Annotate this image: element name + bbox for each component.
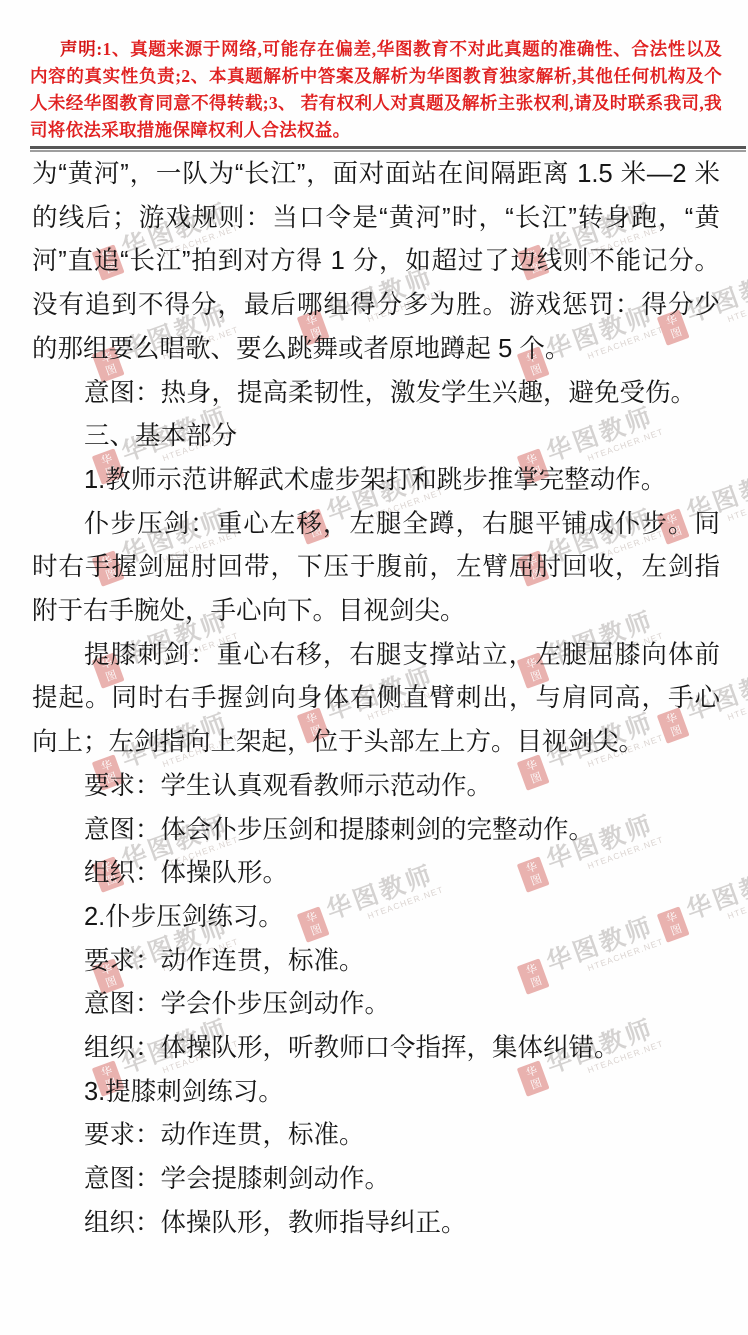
paragraph: 为“黄河”，一队为“长江”，面对面站在间隔距离 1.5 米—2 米的线后；游戏规… bbox=[32, 153, 720, 372]
paragraph: 意图：学会提膝刺剑动作。 bbox=[32, 1158, 720, 1202]
paragraph: 组织：体操队形。 bbox=[32, 852, 720, 896]
header-rule bbox=[30, 146, 746, 152]
paragraph: 组织：体操队形，教师指导纠正。 bbox=[32, 1202, 720, 1246]
paragraph: 提膝刺剑：重心右移，右腿支撑站立，左腿屈膝向体前提起。同时右手握剑向身体右侧直臂… bbox=[32, 634, 720, 765]
disclaimer: 声明:1、真题来源于网络,可能存在偏差,华图教育不对此真题的准确性、合法性以及内… bbox=[30, 36, 722, 144]
section-heading: 三、基本部分 bbox=[32, 415, 720, 459]
document-page: 华图华图教师HTEACHER.NET华图华图教师HTEACHER.NET华图华图… bbox=[0, 0, 748, 1335]
lesson-plan-body: 为“黄河”，一队为“长江”，面对面站在间隔距离 1.5 米—2 米的线后；游戏规… bbox=[32, 153, 720, 1246]
paragraph: 1.教师示范讲解武术虚步架打和跳步推掌完整动作。 bbox=[32, 459, 720, 503]
disclaimer-text: 1、真题来源于网络,可能存在偏差,华图教育不对此真题的准确性、合法性以及内容的真… bbox=[30, 39, 722, 140]
paragraph: 意图：体会仆步压剑和提膝刺剑的完整动作。 bbox=[32, 809, 720, 853]
paragraph: 仆步压剑：重心左移，左腿全蹲，右腿平铺成仆步。同时右手握剑屈肘回带，下压于腹前，… bbox=[32, 503, 720, 634]
paragraph: 组织：体操队形，听教师口令指挥，集体纠错。 bbox=[32, 1027, 720, 1071]
paragraph: 要求：学生认真观看教师示范动作。 bbox=[32, 765, 720, 809]
paragraph: 意图：热身，提高柔韧性，激发学生兴趣，避免受伤。 bbox=[32, 372, 720, 416]
paragraph: 要求：动作连贯，标准。 bbox=[32, 940, 720, 984]
paragraph: 要求：动作连贯，标准。 bbox=[32, 1114, 720, 1158]
paragraph: 2.仆步压剑练习。 bbox=[32, 896, 720, 940]
paragraph: 意图：学会仆步压剑动作。 bbox=[32, 983, 720, 1027]
disclaimer-label: 声明: bbox=[60, 39, 103, 59]
paragraph: 3.提膝刺剑练习。 bbox=[32, 1071, 720, 1115]
